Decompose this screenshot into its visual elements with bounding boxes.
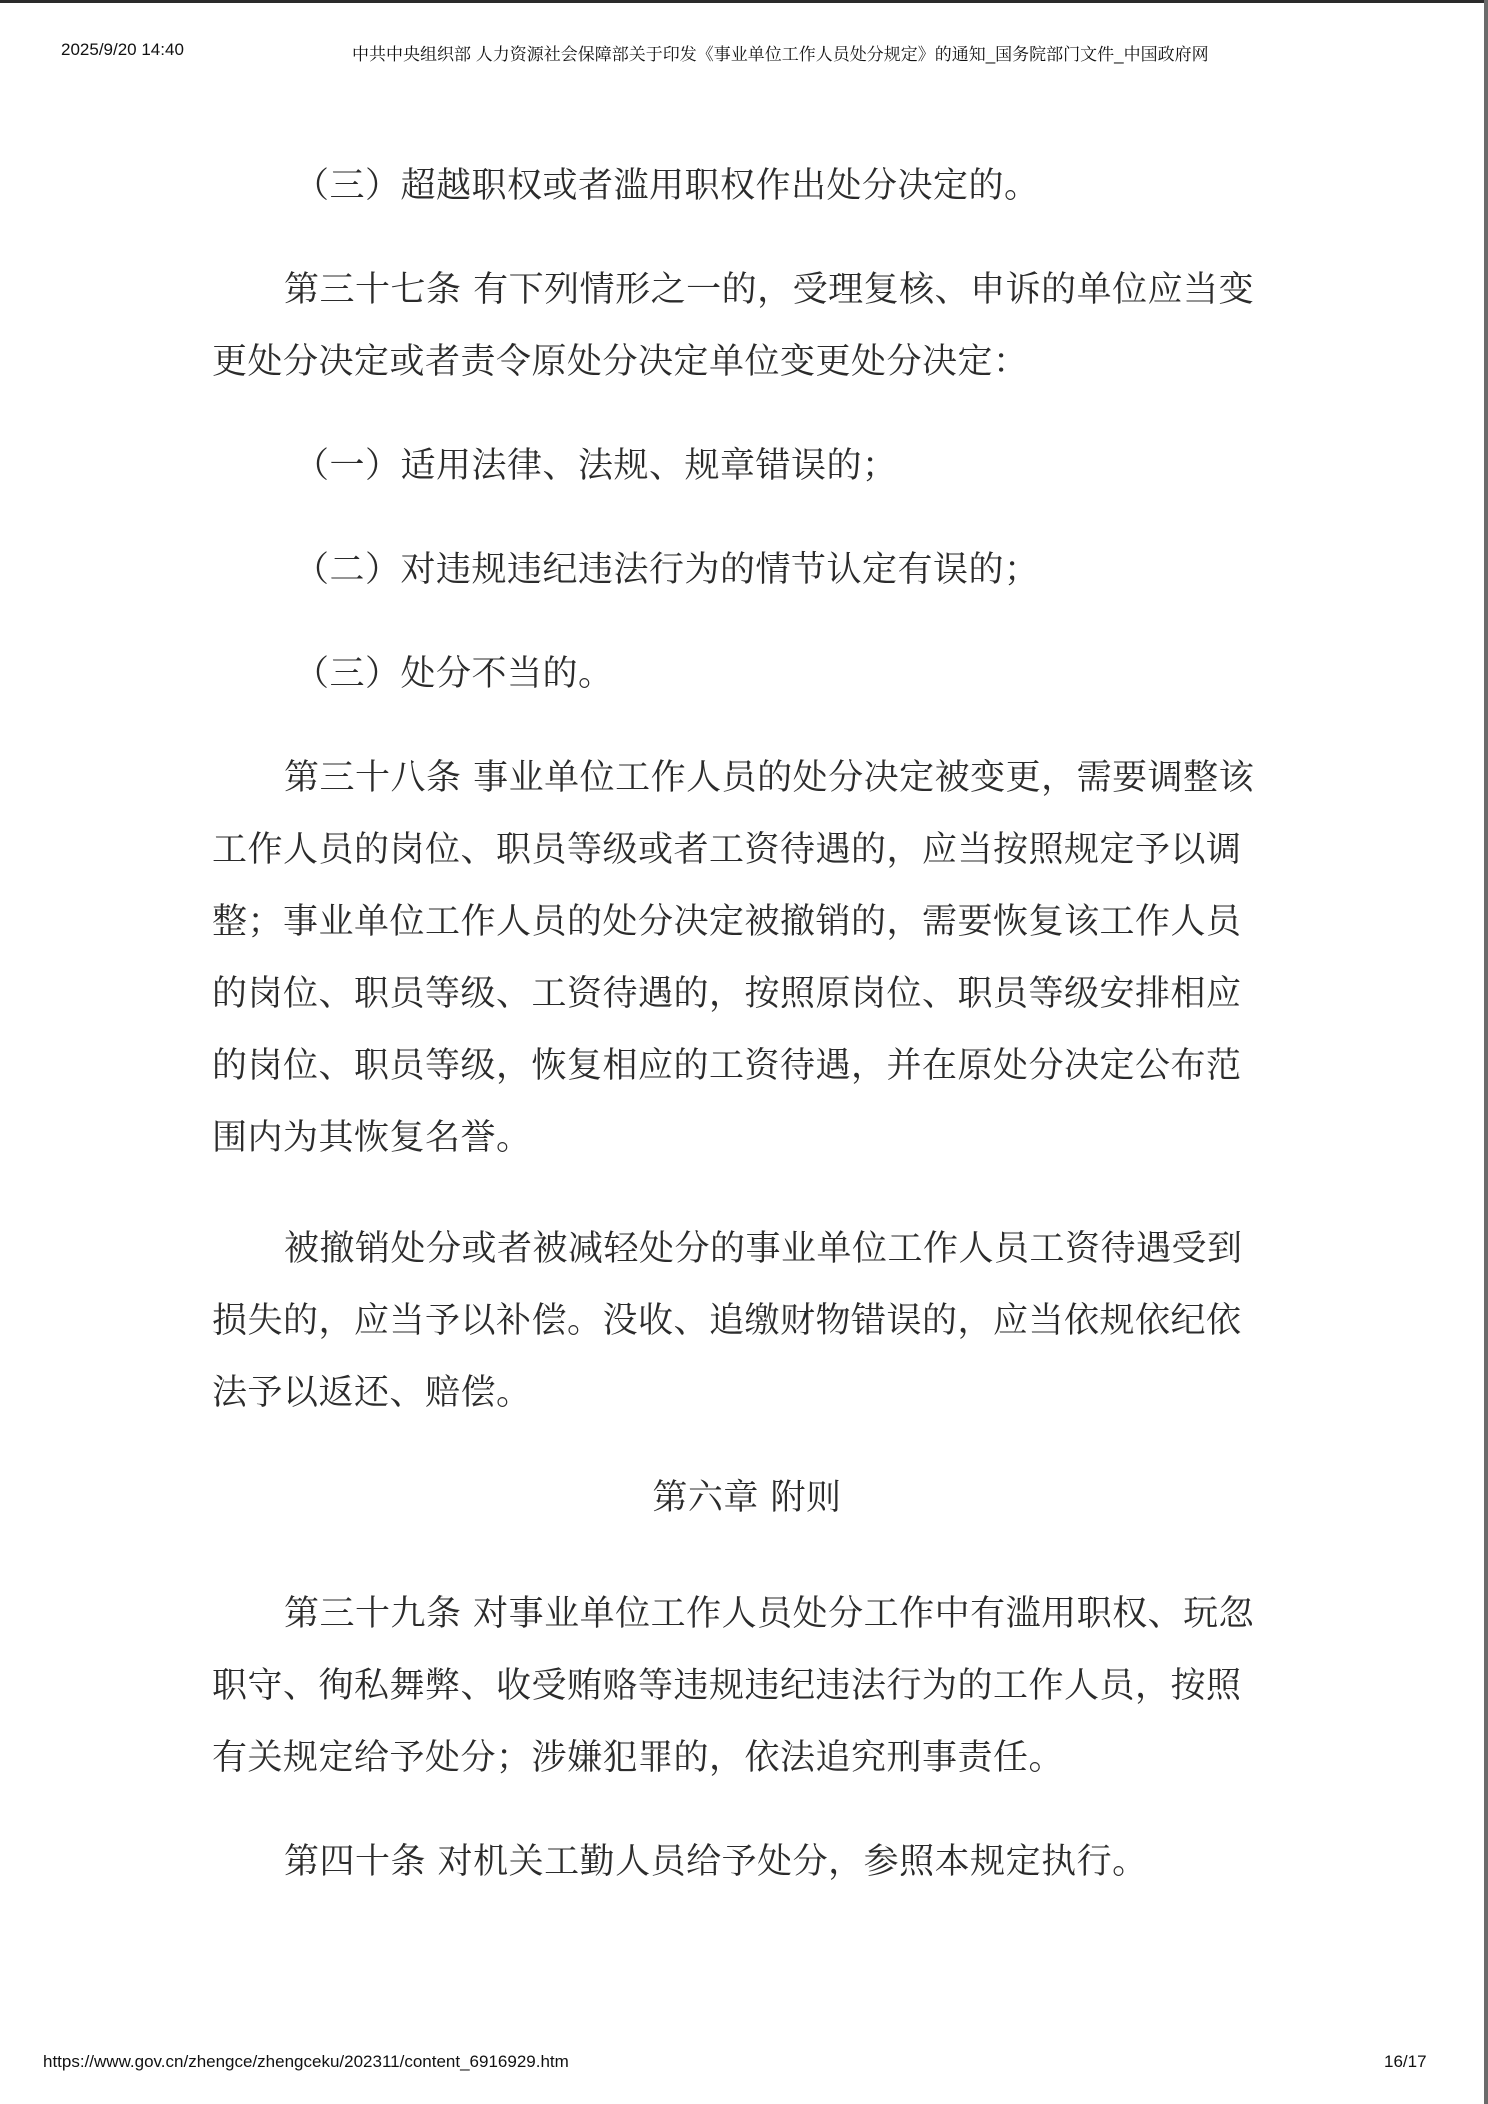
text-line: 更处分决定或者责令原处分决定单位变更处分决定： [212, 326, 1282, 398]
text-line: 损失的，应当予以补偿。没收、追缴财物错误的，应当依规依纪依 [212, 1285, 1282, 1357]
text-line: 的岗位、职员等级，恢复相应的工资待遇，并在原处分决定公布范 [212, 1030, 1282, 1102]
text-line: 第三十八条 事业单位工作人员的处分决定被变更，需要调整该 [212, 742, 1282, 814]
article-38-paragraph-2: 被撤销处分或者被减轻处分的事业单位工作人员工资待遇受到 损失的，应当予以补偿。没… [212, 1213, 1282, 1429]
text-line: 第三十七条 有下列情形之一的，受理复核、申诉的单位应当变 [212, 254, 1282, 326]
text-line: 整；事业单位工作人员的处分决定被撤销的，需要恢复该工作人员 [212, 886, 1282, 958]
text-line: 工作人员的岗位、职员等级或者工资待遇的，应当按照规定予以调 [212, 814, 1282, 886]
chapter-heading: 第六章 附则 [212, 1462, 1282, 1534]
list-item: （三）处分不当的。 [212, 638, 1282, 710]
text-line: 第三十九条 对事业单位工作人员处分工作中有滥用职权、玩忽 [212, 1578, 1282, 1650]
article-40: 第四十条 对机关工勤人员给予处分，参照本规定执行。 [212, 1826, 1282, 1898]
document-title: 中共中央组织部 人力资源社会保障部关于印发《事业单位工作人员处分规定》的通知_国… [352, 40, 1209, 65]
page-frame-top-border [0, 0, 1488, 3]
text-line: （一）适用法律、法规、规章错误的； [212, 430, 1282, 502]
print-footer: https://www.gov.cn/zhengce/zhengceku/202… [0, 2052, 1488, 2078]
print-header: 2025/9/20 14:40 中共中央组织部 人力资源社会保障部关于印发《事业… [0, 38, 1488, 64]
text-line: 的岗位、职员等级、工资待遇的，按照原岗位、职员等级安排相应 [212, 958, 1282, 1030]
list-item: （三）超越职权或者滥用职权作出处分决定的。 [212, 150, 1282, 222]
article-39: 第三十九条 对事业单位工作人员处分工作中有滥用职权、玩忽 职守、徇私舞弊、收受贿… [212, 1578, 1282, 1794]
text-line: （三）处分不当的。 [212, 638, 1282, 710]
text-line: 有关规定给予处分；涉嫌犯罪的，依法追究刑事责任。 [212, 1722, 1282, 1794]
chapter-title: 第六章 附则 [212, 1462, 1282, 1534]
text-line: （三）超越职权或者滥用职权作出处分决定的。 [212, 150, 1282, 222]
print-timestamp: 2025/9/20 14:40 [61, 40, 184, 60]
page-frame-right-border [1484, 0, 1488, 2104]
page-number: 16/17 [1384, 2052, 1427, 2072]
text-line: 被撤销处分或者被减轻处分的事业单位工作人员工资待遇受到 [212, 1213, 1282, 1285]
text-line: 职守、徇私舞弊、收受贿赂等违规违纪违法行为的工作人员，按照 [212, 1650, 1282, 1722]
text-line: （二）对违规违纪违法行为的情节认定有误的； [212, 534, 1282, 606]
article-38: 第三十八条 事业单位工作人员的处分决定被变更，需要调整该 工作人员的岗位、职员等… [212, 742, 1282, 1174]
text-line: 第四十条 对机关工勤人员给予处分，参照本规定执行。 [212, 1826, 1282, 1898]
page-url: https://www.gov.cn/zhengce/zhengceku/202… [43, 2052, 569, 2072]
article-37: 第三十七条 有下列情形之一的，受理复核、申诉的单位应当变 更处分决定或者责令原处… [212, 254, 1282, 398]
list-item: （一）适用法律、法规、规章错误的； [212, 430, 1282, 502]
text-line: 围内为其恢复名誉。 [212, 1102, 1282, 1174]
text-line: 法予以返还、赔偿。 [212, 1357, 1282, 1429]
list-item: （二）对违规违纪违法行为的情节认定有误的； [212, 534, 1282, 606]
